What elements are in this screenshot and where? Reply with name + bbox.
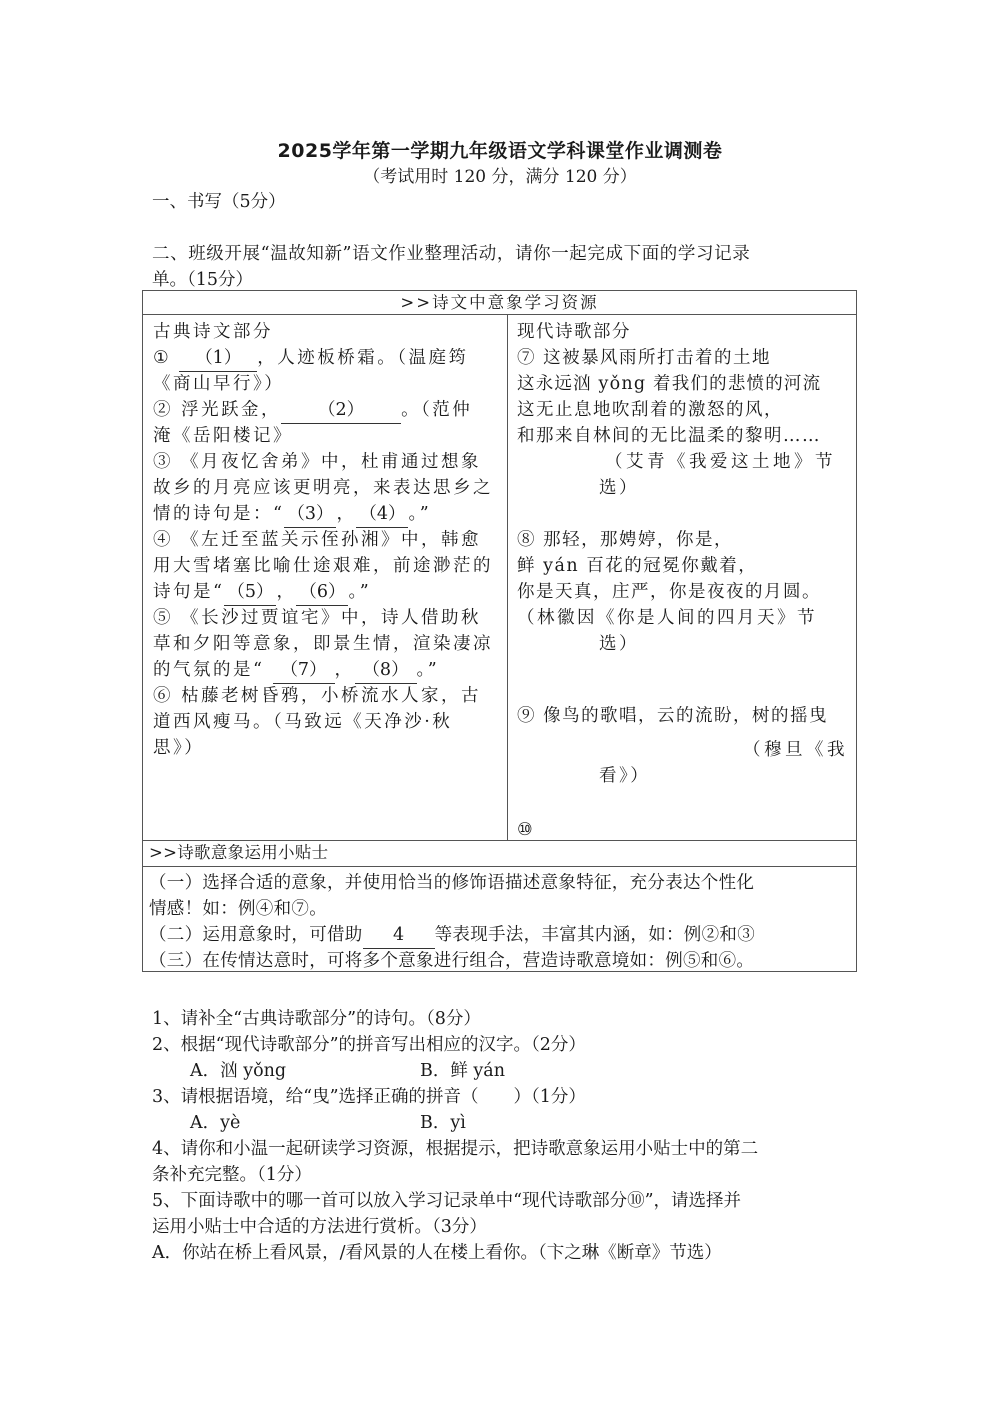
poem10-slot[interactable]: ⑩ bbox=[517, 817, 535, 843]
poem8-line-3: 你是天真，庄严，你是夜夜的月圆。 bbox=[517, 579, 821, 605]
tip-1: （一）选择合适的意象，并使用恰当的修饰语描述意象特征，充分表达个性化 bbox=[149, 870, 754, 896]
classical-line-4: 淹《岳阳楼记》 bbox=[153, 423, 293, 449]
question-3: 3、请根据语境，给“曳”选择正确的拼音（ ）（1分） bbox=[152, 1083, 586, 1108]
classical-line-12: 草和夕阳等意象，即景生情，渲染凄凉 bbox=[153, 631, 493, 657]
classical-line-10: 诗句是“（5），（6）。” bbox=[153, 579, 371, 606]
classical-line-1: ① （1），人迹板桥霜。（温庭筠 bbox=[153, 345, 469, 372]
question-2-option-a[interactable]: A．汹 yǒng bbox=[190, 1057, 286, 1082]
question-5-cont: 运用小贴士中合适的方法进行赏析。（3分） bbox=[152, 1213, 487, 1238]
question-4: 4、请你和小温一起研读学习资源，根据提示，把诗歌意象运用小贴士中的第二 bbox=[152, 1135, 758, 1160]
classical-line-13: 的气氛的是“ （7），（8）。” bbox=[153, 657, 439, 684]
section-2-intro-cont: 单。（15分） bbox=[152, 266, 253, 291]
blank-3[interactable]: （3） bbox=[284, 501, 336, 528]
question-2-option-b[interactable]: B．鲜 yán bbox=[420, 1057, 505, 1082]
learning-record-table: >>诗文中意象学习资源 古典诗文部分 ① （1），人迹板桥霜。（温庭筠 《商山早… bbox=[142, 290, 857, 972]
classical-line-14: ⑥ 枯藤老树昏鸦，小桥流水人家，古 bbox=[153, 683, 481, 709]
classical-line-11: ⑤ 《长沙过贾谊宅》中，诗人借助秋 bbox=[153, 605, 481, 631]
classical-line-9: 用大雪堵塞比喻仕途艰难，前途渺茫的 bbox=[153, 553, 493, 579]
modern-heading: 现代诗歌部分 bbox=[517, 319, 631, 345]
poem7-source: （艾青《我爱这土地》节 bbox=[605, 449, 836, 475]
section-2-intro: 二、班级开展“温故知新”语文作业整理活动，请你一起完成下面的学习记录 bbox=[152, 240, 750, 265]
poem8-line-2: 鲜 yán 百花的冠冕你戴着， bbox=[517, 553, 757, 579]
tip-1-cont: 情感！如：例④和⑦。 bbox=[149, 896, 327, 922]
tip-2: （二）运用意象时，可借助4等表现手法，丰富其内涵，如：例②和③ bbox=[149, 922, 755, 949]
blank-6[interactable]: （6） bbox=[296, 579, 348, 606]
table-header: >>诗文中意象学习资源 bbox=[143, 290, 856, 316]
question-5: 5、下面诗歌中的哪一首可以放入学习记录单中“现代诗歌部分⑩”，请选择并 bbox=[152, 1187, 741, 1212]
tips-header: >>诗歌意象运用小贴士 bbox=[149, 840, 328, 866]
question-3-option-a[interactable]: A．yè bbox=[190, 1109, 240, 1134]
classical-line-5: ③ 《月夜忆舍弟》中，杜甫通过想象 bbox=[153, 449, 481, 475]
blank-2[interactable]: （2） bbox=[281, 397, 401, 424]
blank-7[interactable]: （7） bbox=[273, 657, 335, 684]
question-5-option-a: A．你站在桥上看风景，/看风景的人在楼上看你。（卞之琳《断章》节选） bbox=[152, 1239, 722, 1264]
poem9-source: （穆旦《我 bbox=[743, 737, 848, 763]
blank-8[interactable]: （8） bbox=[355, 657, 417, 684]
poem7-line-2: 这永远汹 yǒng 着我们的悲愤的河流 bbox=[517, 371, 821, 397]
tip-2-blank[interactable]: 4 bbox=[363, 922, 435, 949]
poem8-source-cont: 选） bbox=[599, 631, 639, 657]
poem8-source: （林徽因《你是人间的四月天》节 bbox=[517, 605, 817, 631]
poem9-source-cont: 看》） bbox=[599, 763, 650, 789]
classical-line-6: 故乡的月亮应该更明亮，来表达思乡之 bbox=[153, 475, 493, 501]
poem7-line-3: 这无止息地吹刮着的激怒的风， bbox=[517, 397, 783, 423]
blank-5[interactable]: （5） bbox=[224, 579, 276, 606]
poem9-line-1: ⑨ 像鸟的歌唱，云的流盼，树的摇曳 bbox=[517, 703, 828, 729]
question-4-cont: 条补充完整。（1分） bbox=[152, 1161, 312, 1186]
classical-line-8: ④ 《左迁至蓝关示侄孙湘》中，韩愈 bbox=[153, 527, 481, 553]
classical-heading: 古典诗文部分 bbox=[153, 319, 273, 345]
question-3-option-b[interactable]: B．yì bbox=[420, 1109, 466, 1134]
section-1-heading: 一、书写（5分） bbox=[152, 188, 286, 213]
question-2: 2、根据“现代诗歌部分”的拼音写出相应的汉字。（2分） bbox=[152, 1031, 586, 1056]
classical-line-3: ② 浮光跃金，（2）。（范仲 bbox=[153, 397, 472, 424]
blank-1[interactable]: （1） bbox=[179, 345, 257, 372]
poem7-line-4: 和那来自林间的无比温柔的黎明…… bbox=[517, 423, 821, 449]
poem7-line-1: ⑦ 这被暴风雨所打击着的土地 bbox=[517, 345, 771, 371]
poem7-source-cont: 选） bbox=[599, 475, 639, 501]
exam-info: （考试用时 120 分，满分 120 分） bbox=[0, 162, 1000, 187]
question-1: 1、请补全“古典诗歌部分”的诗句。（8分） bbox=[152, 1005, 481, 1030]
classical-line-2: 《商山早行》） bbox=[153, 371, 284, 397]
classical-line-16: 思》） bbox=[153, 735, 204, 761]
blank-4[interactable]: （4） bbox=[356, 501, 408, 528]
page-title: 2025学年第一学期九年级语文学科课堂作业调测卷 bbox=[0, 136, 1000, 163]
poem8-line-1: ⑧ 那轻，那娉婷，你是， bbox=[517, 527, 733, 553]
tip-3: （三）在传情达意时，可将多个意象进行组合，营造诗歌意境如：例⑤和⑥。 bbox=[149, 948, 754, 974]
classical-line-7: 情的诗句是：“（3），（4）。” bbox=[153, 501, 431, 528]
classical-line-15: 道西风瘦马。（马致远《天净沙·秋 bbox=[153, 709, 452, 735]
